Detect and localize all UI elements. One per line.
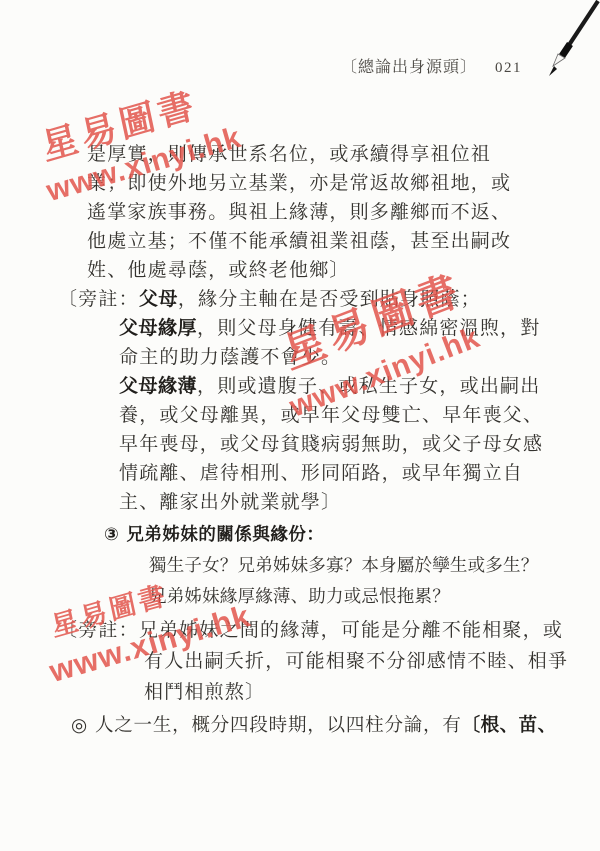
note-bold: 父母緣厚	[119, 318, 197, 339]
paragraph-bold-tail: 〔根、苗、	[462, 714, 557, 735]
section-title: 〔總論出身源頭〕	[341, 59, 477, 76]
note-siblings-first-line: 〔旁註：兄弟姊妹之間的緣薄，可能是分離不能相聚，或	[0, 615, 600, 646]
paragraph-life-line: ◎人之一生，概分四段時期，以四柱分論，有〔根、苗、	[0, 709, 600, 740]
note-text: 情疏離、虐待相刑、形同陌路，或早年獨立自	[119, 463, 523, 484]
paragraph-line: 他處立基；不僅不能承續祖業祖蔭，甚至出嗣改	[0, 227, 600, 256]
note-line: 主、離家出外就業就學〕	[0, 488, 600, 517]
note-text: 命主的助力蔭護不會少。	[119, 347, 341, 368]
note-line: 有人出嗣夭折，可能相聚不分卻感情不睦、相爭	[0, 646, 600, 677]
paragraph-text: 人之一生，概分四段時期，以四柱分論，有	[95, 716, 462, 736]
note-line: 命主的助力蔭護不會少。	[0, 343, 600, 372]
note-text: 養，或父母離異，或早年父母雙亡、早年喪父、	[119, 405, 543, 426]
note-line: 父母緣薄，則或遺腹子、或私生子女，或出嗣出	[0, 372, 600, 401]
paragraph-line: 姓、他處尋蔭，或終老他鄉〕	[0, 256, 600, 285]
page-header: 〔總論出身源頭〕021	[0, 54, 522, 77]
page-number: 021	[495, 60, 522, 76]
section-marker: ③	[104, 524, 119, 544]
bullet-marker: ◎	[71, 716, 88, 736]
note-line: 父母緣厚，則父母身健有壽、情感綿密溫煦，對	[0, 314, 600, 343]
note-line: 情疏離、虐待相刑、形同陌路，或早年獨立自	[0, 459, 600, 488]
note-line: 養，或父母離異，或早年父母雙亡、早年喪父、	[0, 401, 600, 430]
page-body: 是厚實，則傳承世系名位，或承續得享祖位祖 業；即使外地另立基業，亦是常返故鄉祖地…	[0, 140, 600, 740]
note-line: 相鬥相煎熬〕	[0, 677, 600, 708]
section-heading-siblings: ③兄弟姊妹的關係與緣份：	[0, 519, 600, 550]
note-text: 兄弟姊妹之間的緣薄，可能是分離不能相聚，或	[139, 620, 563, 641]
note-keyword: 父母	[139, 289, 178, 310]
question-line: 兄弟姊妹緣厚緣薄、助力或忌恨拖累？	[0, 581, 600, 612]
section-title-text: 兄弟姊妹的關係與緣份：	[126, 524, 324, 544]
book-page: 〔總論出身源頭〕021 是厚實，則傳承世系名位，或承續得享祖位祖 業；即使外地另…	[0, 0, 600, 851]
note-text: ，則父母身健有壽、情感綿密溫煦，對	[197, 318, 540, 339]
note-prefix: 〔旁註：	[58, 289, 139, 310]
paragraph-line: 遙掌家族事務。與祖上緣薄，則多離鄉而不返、	[0, 198, 600, 227]
note-text: ，緣分主軸在是否受到貼身照蔭；	[178, 289, 481, 310]
note-text: 主、離家出外就業就學〕	[119, 492, 341, 513]
note-line: 早年喪母，或父母貧賤病弱無助，或父子母女感	[0, 430, 600, 459]
calligraphy-brush-icon	[528, 0, 600, 82]
paragraph-line: 業；即使外地另立基業，亦是常返故鄉祖地，或	[0, 169, 600, 198]
note-text: ，則或遺腹子、或私生子女，或出嗣出	[197, 376, 540, 397]
question-line: 獨生子女？兄弟姊妹多寡？本身屬於孿生或多生？	[0, 550, 600, 581]
note-bold: 父母緣薄	[119, 376, 197, 397]
note-text: 早年喪母，或父母貧賤病弱無助，或父子母女感	[119, 434, 543, 455]
note-parents-first-line: 〔旁註：父母，緣分主軸在是否受到貼身照蔭；	[0, 285, 600, 314]
paragraph-line: 是厚實，則傳承世系名位，或承續得享祖位祖	[0, 140, 600, 169]
note-prefix: 〔旁註：	[58, 620, 139, 641]
